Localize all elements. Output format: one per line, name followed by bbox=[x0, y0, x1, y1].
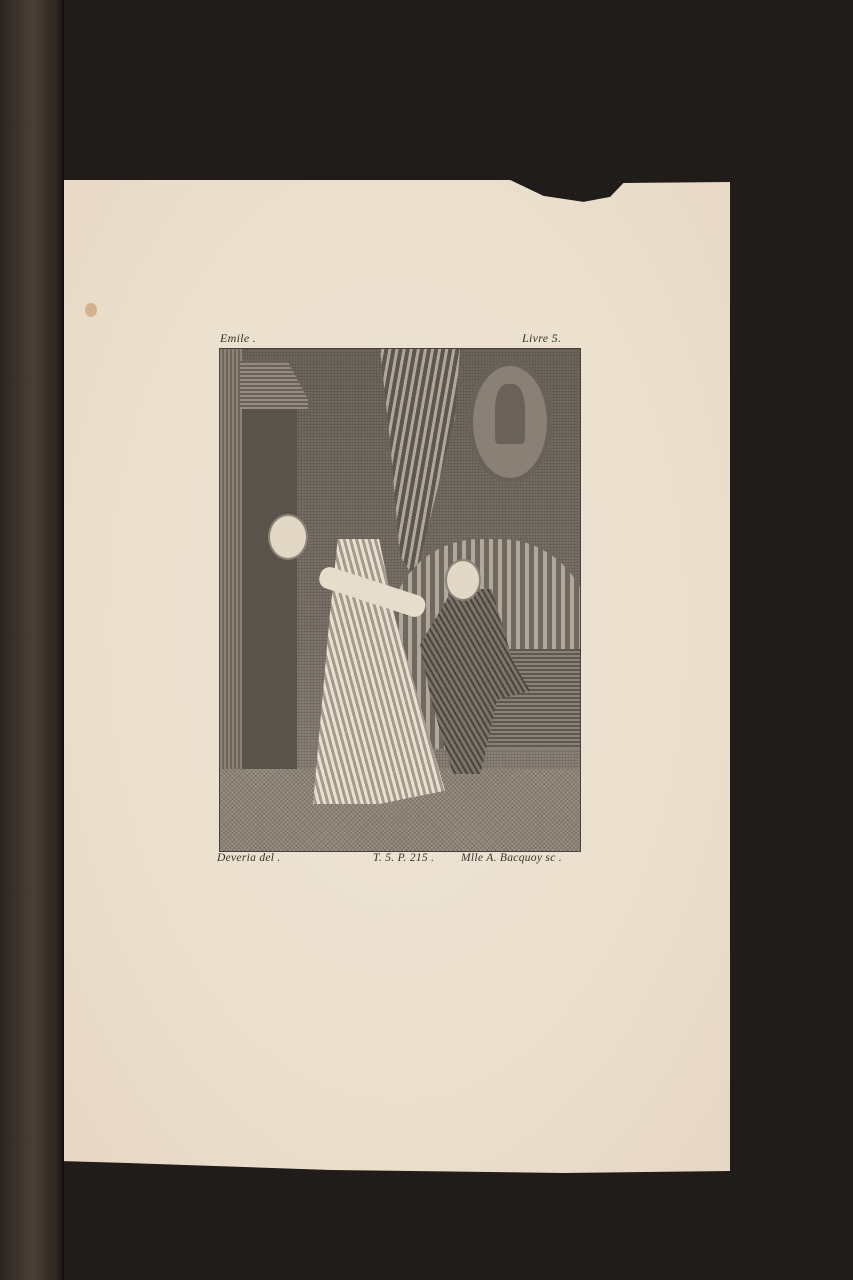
caption-page-reference: T. 5. P. 215 . bbox=[373, 852, 434, 864]
woman-head bbox=[268, 514, 308, 560]
foxing-stain bbox=[85, 303, 97, 317]
portrait-medallion bbox=[468, 361, 552, 483]
engraving-plate bbox=[219, 348, 581, 852]
doorway bbox=[242, 409, 297, 799]
portrait-bust bbox=[495, 384, 525, 444]
caption-engraver: Mlle A. Bacquoy sc . bbox=[461, 852, 562, 864]
man-head bbox=[445, 559, 481, 601]
caption-artist: Deveria del . bbox=[217, 852, 281, 864]
binding-shadow bbox=[56, 0, 64, 1280]
caption-title: Emile . bbox=[220, 331, 256, 346]
book-binding-edge bbox=[0, 0, 62, 1280]
caption-book-number: Livre 5. bbox=[522, 331, 561, 346]
